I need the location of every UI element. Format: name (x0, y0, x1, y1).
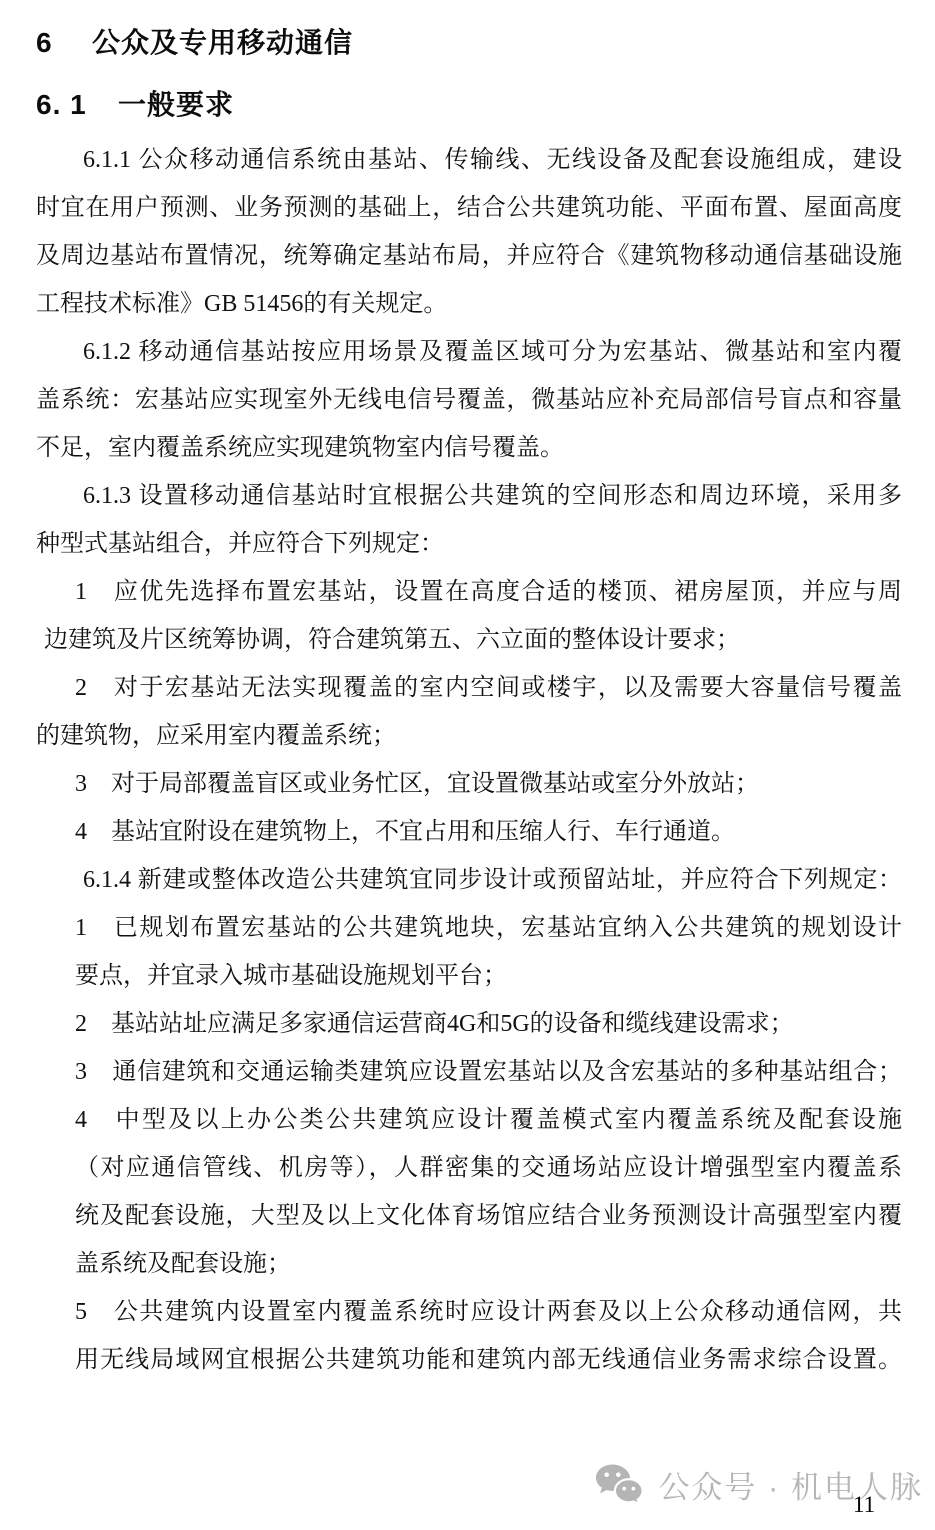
text-line: 1 已规划布置宏基站的公共建筑地块，宏基站宜纳入公共建筑的规划设计 (36, 904, 902, 952)
text-line: 2 对于宏基站无法实现覆盖的室内空间或楼宇，以及需要大容量信号覆盖 (36, 664, 902, 712)
block-6.1.1: 6.1.1 公众移动通信系统由基站、传输线、无线设备及配套设施组成，建设时宜在用… (36, 136, 902, 328)
text-line: 统及配套设施，大型及以上文化体育场馆应结合业务预测设计高强型室内覆 (36, 1192, 902, 1240)
section-number: 6. 1 (36, 88, 92, 122)
text-line: 4 中型及以上办公类公共建筑应设计覆盖模式室内覆盖系统及配套设施 (36, 1096, 902, 1144)
block-6.1.4-item-2: 2 基站站址应满足多家通信运营商4G和5G的设备和缆线建设需求； (36, 1000, 902, 1048)
document-page: 6公众及专用移动通信 6. 1一般要求 6.1.1 公众移动通信系统由基站、传输… (0, 0, 935, 1530)
document-body: 6.1.1 公众移动通信系统由基站、传输线、无线设备及配套设施组成，建设时宜在用… (36, 136, 902, 1384)
text-line: 5 公共建筑内设置室内覆盖系统时应设计两套及以上公众移动通信网，共 (36, 1288, 902, 1336)
text-line: 盖系统：宏基站应实现室外无线电信号覆盖，微基站应补充局部信号盲点和容量 (36, 376, 902, 424)
page-number: 11 (853, 1492, 875, 1518)
block-6.1.3-item-1: 1 应优先选择布置宏基站，设置在高度合适的楼顶、裙房屋顶，并应与周边建筑及片区统… (36, 568, 902, 664)
text-line: 不足，室内覆盖系统应实现建筑物室内信号覆盖。 (36, 424, 902, 472)
text-line: 时宜在用户预测、业务预测的基础上，结合公共建筑功能、平面布置、屋面高度 (36, 184, 902, 232)
watermark-label: 公众号 · 机电人脉 (658, 1462, 923, 1507)
block-6.1.4-item-5: 5 公共建筑内设置室内覆盖系统时应设计两套及以上公众移动通信网，共用无线局域网宜… (36, 1288, 902, 1384)
chapter-heading: 6公众及专用移动通信 (36, 26, 902, 60)
text-line: 种型式基站组合，并应符合下列规定： (36, 520, 902, 568)
text-line: 要点，并宜录入城市基础设施规划平台； (36, 952, 902, 1000)
text-line: 工程技术标准》GB 51456的有关规定。 (36, 280, 902, 328)
block-6.1.3-item-2: 2 对于宏基站无法实现覆盖的室内空间或楼宇，以及需要大容量信号覆盖的建筑物，应采… (36, 664, 902, 760)
block-6.1.3-item-3: 3 对于局部覆盖盲区或业务忙区，宜设置微基站或室分外放站； (36, 760, 902, 808)
block-6.1.4-item-4: 4 中型及以上办公类公共建筑应设计覆盖模式室内覆盖系统及配套设施（对应通信管线、… (36, 1096, 902, 1288)
section-heading: 6. 1一般要求 (36, 88, 902, 122)
text-line: 用无线局域网宜根据公共建筑功能和建筑内部无线通信业务需求综合设置。 (36, 1336, 902, 1384)
block-6.1.4: 6.1.4 新建或整体改造公共建筑宜同步设计或预留站址，并应符合下列规定： (36, 856, 902, 904)
text-line: 6.1.3 设置移动通信基站时宜根据公共建筑的空间形态和周边环境，采用多 (36, 472, 902, 520)
text-line: （对应通信管线、机房等），人群密集的交通场站应设计增强型室内覆盖系 (36, 1144, 902, 1192)
wechat-icon (594, 1463, 644, 1507)
text-line: 盖系统及配套设施； (36, 1240, 902, 1288)
section-title: 一般要求 (118, 89, 234, 120)
text-line: 2 基站站址应满足多家通信运营商4G和5G的设备和缆线建设需求； (36, 1000, 902, 1048)
text-line: 4 基站宜附设在建筑物上，不宜占用和压缩人行、车行通道。 (36, 808, 902, 856)
page-content: 6公众及专用移动通信 6. 1一般要求 6.1.1 公众移动通信系统由基站、传输… (36, 0, 902, 1384)
text-line: 6.1.2 移动通信基站按应用场景及覆盖区域可分为宏基站、微基站和室内覆 (36, 328, 902, 376)
text-line: 边建筑及片区统筹协调，符合建筑第五、六立面的整体设计要求； (36, 616, 902, 664)
block-6.1.4-item-1: 1 已规划布置宏基站的公共建筑地块，宏基站宜纳入公共建筑的规划设计要点，并宜录入… (36, 904, 902, 1000)
block-6.1.3: 6.1.3 设置移动通信基站时宜根据公共建筑的空间形态和周边环境，采用多种型式基… (36, 472, 902, 568)
text-line: 6.1.1 公众移动通信系统由基站、传输线、无线设备及配套设施组成，建设 (36, 136, 902, 184)
text-line: 及周边基站布置情况，统筹确定基站布局，并应符合《建筑物移动通信基础设施 (36, 232, 902, 280)
text-line: 3 对于局部覆盖盲区或业务忙区，宜设置微基站或室分外放站； (36, 760, 902, 808)
text-line: 1 应优先选择布置宏基站，设置在高度合适的楼顶、裙房屋顶，并应与周 (36, 568, 902, 616)
chapter-number: 6 (36, 26, 66, 60)
text-line: 6.1.4 新建或整体改造公共建筑宜同步设计或预留站址，并应符合下列规定： (36, 856, 902, 904)
text-line: 3 通信建筑和交通运输类建筑应设置宏基站以及含宏基站的多种基站组合； (36, 1048, 902, 1096)
chapter-title: 公众及专用移动通信 (92, 27, 353, 58)
block-6.1.3-item-4: 4 基站宜附设在建筑物上，不宜占用和压缩人行、车行通道。 (36, 808, 902, 856)
block-6.1.4-item-3: 3 通信建筑和交通运输类建筑应设置宏基站以及含宏基站的多种基站组合； (36, 1048, 902, 1096)
block-6.1.2: 6.1.2 移动通信基站按应用场景及覆盖区域可分为宏基站、微基站和室内覆盖系统：… (36, 328, 902, 472)
text-line: 的建筑物，应采用室内覆盖系统； (36, 712, 902, 760)
